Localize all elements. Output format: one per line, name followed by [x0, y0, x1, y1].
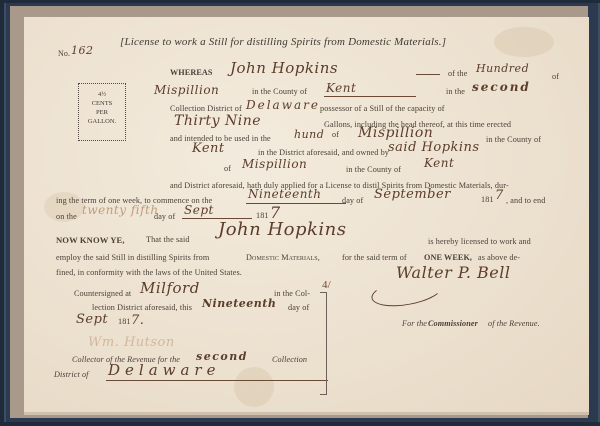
district-aforesaid-text: in the District aforesaid, and owned by	[258, 148, 389, 157]
license-document: [License to work a Still for distilling …	[24, 17, 589, 415]
hundred-name: Mispillion	[154, 83, 219, 97]
countersign-year-suffix: 7.	[131, 313, 144, 328]
end-month: Sept	[184, 203, 214, 217]
whereas-label: WHEREAS	[170, 68, 213, 77]
applied-text: and District aforesaid, hath duly applie…	[170, 181, 509, 190]
in-the-col-text: in the Col-	[274, 289, 310, 298]
countersigned-at-text: Countersigned at	[74, 289, 131, 298]
start-year-suffix: 7	[495, 188, 504, 203]
countersign-day: Nineteenth	[202, 297, 276, 310]
paper-stain	[234, 367, 274, 407]
one-week: ONE WEEK,	[424, 253, 472, 262]
commissioner-caption-rest: of the Revenue.	[488, 319, 540, 328]
countersign-bracket	[320, 292, 327, 395]
county-field-3: Kent	[424, 156, 454, 170]
margin-mark: 4/	[322, 279, 331, 291]
day-of-text: day of	[342, 196, 363, 205]
in-the-text: in the	[446, 87, 465, 96]
license-number: 162	[71, 44, 94, 57]
state-field: Delaware	[246, 98, 320, 112]
number-label: No.	[58, 49, 70, 58]
document-title: [License to work a Still for distilling …	[120, 36, 446, 48]
county-text-2: in the County of	[486, 135, 541, 144]
district-of-text: District of	[54, 370, 89, 379]
now-know-ye: NOW KNOW YE,	[56, 235, 125, 245]
commissioner-signature: Walter P. Bell	[396, 263, 511, 282]
lection-text: lection District aforesaid, this	[92, 303, 192, 312]
location-of: of	[332, 130, 339, 139]
stamp-line3: GALLON.	[79, 117, 125, 126]
stamp-line1: CENTS	[79, 99, 125, 108]
licensed-text: is hereby licensed to work and	[428, 237, 531, 246]
and-to-end-text: , and to end	[506, 196, 545, 205]
owner-hundred: Mispillion	[242, 157, 307, 171]
location-name: Mispillion	[358, 125, 433, 141]
on-the-text: on the	[56, 212, 77, 221]
location-type: hund	[294, 128, 324, 141]
capacity-field: Thirty Nine	[174, 113, 261, 129]
county-field-2: Kent	[192, 141, 225, 156]
start-year-prefix: 181	[481, 195, 494, 204]
start-day: Nineteenth	[248, 187, 321, 201]
countersign-month: Sept	[76, 312, 108, 327]
employ-text: employ the said Still in distilling Spir…	[56, 253, 209, 262]
paper-stain	[494, 27, 554, 57]
conformity-text: fined, in conformity with the laws of th…	[56, 268, 242, 277]
field-underline	[246, 203, 346, 204]
day-of-text-2: day of	[154, 212, 175, 221]
end-day: twenty fifth	[82, 203, 159, 217]
of-text: of	[552, 72, 559, 81]
rate-stamp: 4½ CENTS PER GALLON.	[78, 83, 126, 141]
start-month: September	[374, 187, 451, 202]
possessor-text: possessor of a Still of the capacity of	[320, 104, 445, 113]
county-text: in the County of	[252, 87, 307, 96]
commissioner-caption-title: Commissioner	[428, 319, 478, 328]
field-underline	[106, 380, 328, 381]
hundred-field: Hundred	[476, 62, 529, 75]
county-field: Kent	[326, 81, 356, 95]
field-underline	[324, 96, 416, 97]
owner-field: said Hopkins	[388, 140, 480, 155]
faint-collector-signature: Wm. Hutson	[88, 335, 175, 350]
day-of-text-3: day of	[288, 303, 309, 312]
district-ordinal: second	[472, 80, 531, 94]
as-above-text: as above de-	[478, 253, 520, 262]
countersign-year-prefix: 181	[118, 317, 131, 326]
stamp-line2: PER	[79, 108, 125, 117]
county-text-3: in the County of	[346, 165, 401, 174]
collection-district-text: Collection District of	[170, 104, 242, 113]
collector-state: Delaware	[108, 361, 220, 379]
countersign-place: Milford	[140, 279, 200, 297]
licensee-name-2: John Hopkins	[218, 219, 347, 240]
collection-text: Collection	[272, 355, 307, 364]
commissioner-caption-for: For the	[402, 319, 427, 328]
that-said-text: That the said	[146, 235, 190, 244]
domestic-materials: Domestic Materials,	[246, 253, 320, 262]
of-text-2: of	[224, 164, 231, 173]
stamp-rate: 4½	[79, 90, 125, 99]
for-term-text: for the said term of	[342, 253, 407, 262]
of-the-text: of the	[448, 69, 467, 78]
licensee-name: John Hopkins	[230, 59, 338, 77]
dash-line	[416, 74, 440, 75]
